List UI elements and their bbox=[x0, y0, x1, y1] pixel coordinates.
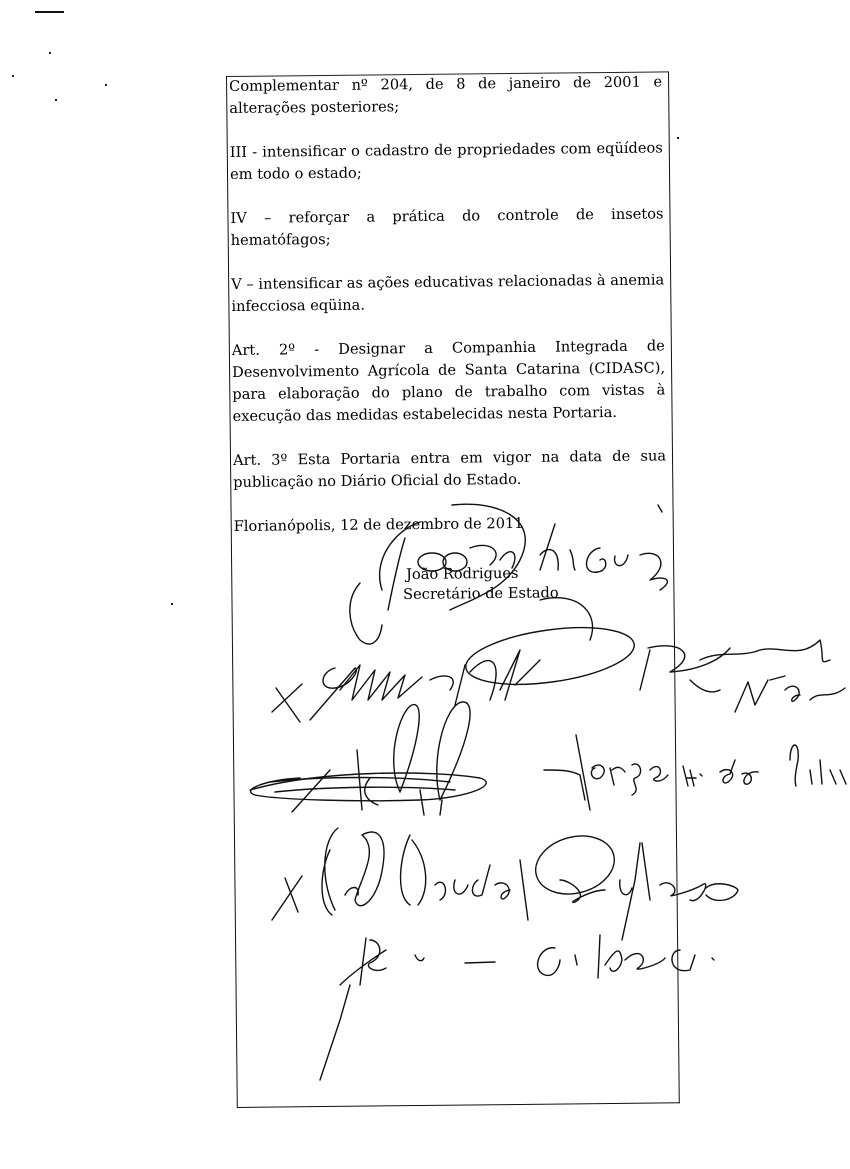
scan-speck bbox=[55, 99, 57, 101]
place-and-date: Florianópolis, 12 de dezembro de 2011 bbox=[234, 511, 667, 538]
scan-speck bbox=[171, 603, 173, 605]
scanned-document-page: Complementar nº 204, de 8 de janeiro de … bbox=[0, 0, 850, 1169]
paragraph-item-v: V – intensificar as ações educativas rel… bbox=[231, 269, 664, 318]
scan-speck bbox=[677, 137, 679, 139]
paragraph-legal-reference: Complementar nº 204, de 8 de janeiro de … bbox=[229, 71, 662, 120]
signatory-name: João Rodrigues bbox=[406, 564, 519, 585]
document-body: Complementar nº 204, de 8 de janeiro de … bbox=[229, 71, 667, 538]
scan-speck bbox=[12, 75, 14, 77]
paragraph-item-iii: III - intensificar o cadastro de proprie… bbox=[230, 137, 663, 186]
scan-speck bbox=[49, 52, 51, 54]
scan-mark bbox=[35, 11, 64, 13]
paragraph-article-2: Art. 2º - Designar a Companhia Integrada… bbox=[232, 335, 666, 428]
paragraph-item-iv: IV – reforçar a prática do controle de i… bbox=[230, 203, 663, 252]
signatory-role: Secretário de Estado bbox=[403, 583, 559, 605]
paragraph-article-3: Art. 3º Esta Portaria entra em vigor na … bbox=[233, 445, 666, 494]
scan-speck bbox=[105, 84, 107, 86]
